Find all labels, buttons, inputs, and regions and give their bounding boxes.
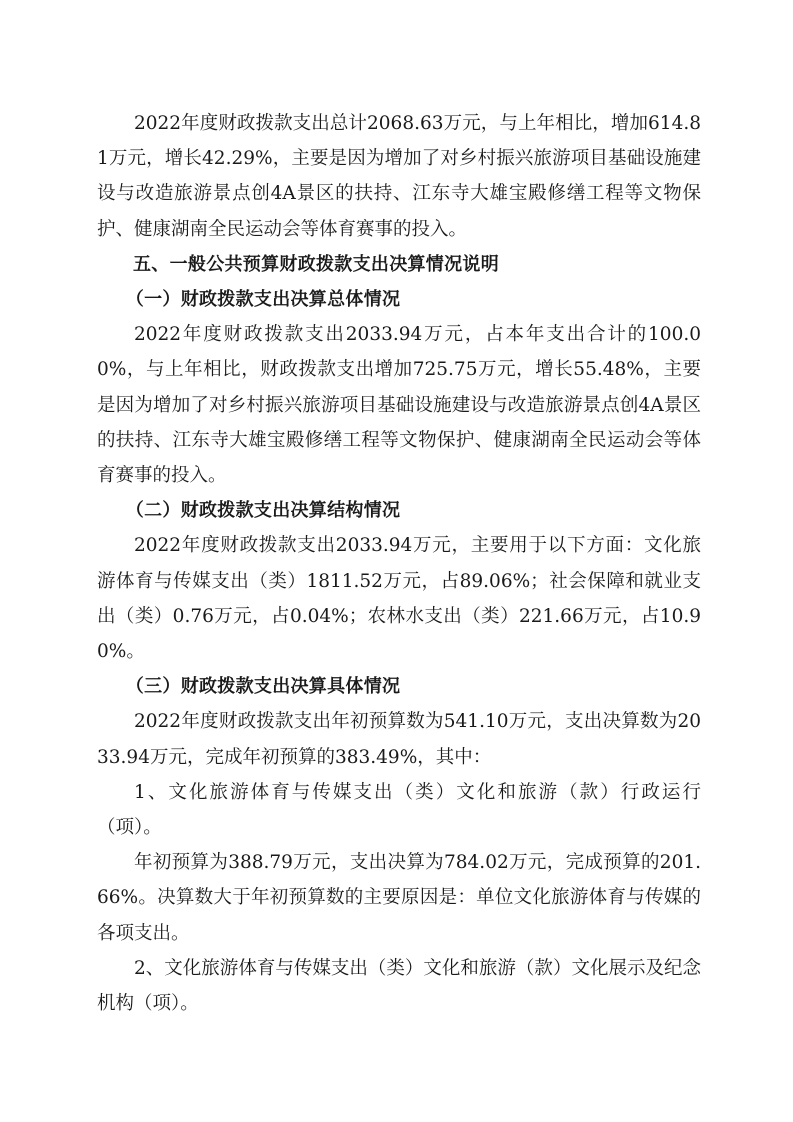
document-page: 2022年度财政拨款支出总计2068.63万元，与上年相比，增加614.81万元…: [97, 106, 701, 1021]
item-1-body: 年初预算为388.79万元，支出决算为784.02万元，完成预算的201.66%…: [97, 845, 701, 951]
subsection-heading-3: （三）财政拨款支出决算具体情况: [97, 669, 701, 704]
item-2-title: 2、文化旅游体育与传媒支出（类）文化和旅游（款）文化展示及纪念机构（项）。: [97, 951, 701, 1021]
subsection-2-paragraph: 2022年度财政拨款支出2033.94万元，主要用于以下方面：文化旅游体育与传媒…: [97, 528, 701, 669]
subsection-3-paragraph: 2022年度财政拨款支出年初预算数为541.10万元，支出决算数为2033.94…: [97, 704, 701, 774]
intro-paragraph: 2022年度财政拨款支出总计2068.63万元，与上年相比，增加614.81万元…: [97, 106, 701, 247]
subsection-heading-1: （一）财政拨款支出决算总体情况: [97, 282, 701, 317]
subsection-1-paragraph: 2022年度财政拨款支出2033.94万元，占本年支出合计的100.00%，与上…: [97, 317, 701, 493]
section-heading-5: 五、一般公共预算财政拨款支出决算情况说明: [97, 247, 701, 282]
subsection-heading-2: （二）财政拨款支出决算结构情况: [97, 493, 701, 528]
item-1-title: 1、文化旅游体育与传媒支出（类）文化和旅游（款）行政运行（项）。: [97, 775, 701, 845]
